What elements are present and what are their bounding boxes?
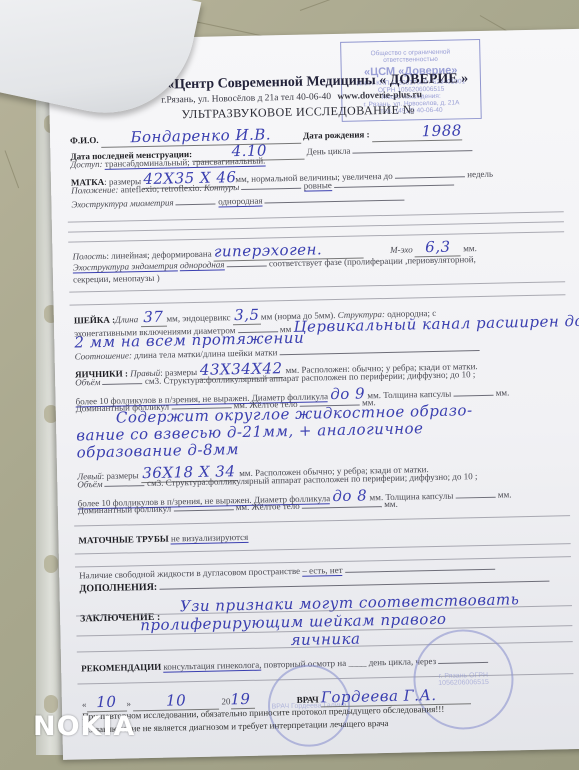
ratio-label: Соотношение: [75, 350, 132, 361]
dominant-follicle-label: Доминантный фолликул [78, 504, 172, 516]
date-year-suffix: 19 [230, 690, 254, 709]
punch-hole [44, 555, 58, 573]
form-rule [68, 221, 564, 232]
m-echo-label: М-эхо [390, 244, 413, 254]
endometrium-value: однородная [180, 259, 225, 271]
recommendations-header: РЕКОМЕНДАЦИИ [81, 662, 161, 674]
mm-label: мм. [496, 387, 510, 397]
cavity-label: Полость [72, 251, 106, 262]
ratio-text: длина тела матки/длина шейки матки [134, 347, 277, 360]
contour-label: Контуры [204, 182, 240, 193]
access-label: Доступ: [71, 159, 103, 170]
clinic-round-stamp: г. Рязань ОГРН 1056206006515 [412, 628, 514, 730]
myometrium-row: Эхоструктура миометрия однородная [71, 193, 405, 210]
endometrium-label: Эхоструктура эндометрия [73, 260, 178, 273]
capsule-label: мм. Толщина капсулы [367, 389, 451, 401]
phase-row-2: секреции, менопаузы ) [73, 273, 160, 285]
clinic-address: г.Рязань, ул. Новосёлов д 21а тел 40-06-… [161, 92, 331, 106]
cycle-day-label: День цикла [306, 146, 350, 157]
tubes-value: не визуализируются [171, 532, 249, 545]
recommendations-value: консультация гинеколога, [163, 660, 261, 673]
position-label: Положение: [71, 185, 118, 196]
myometrium-label: Эхоструктура миометрия [71, 197, 173, 209]
additions-header: ДОПОЛНЕНИЯ: [79, 582, 157, 595]
left-ovary-volume-label: Объём [77, 479, 102, 490]
date-quote-close: » [126, 698, 131, 708]
contour-value: ровные [304, 180, 332, 192]
ultrasound-form-sheet: Общество с ограниченной ответственностью… [48, 29, 579, 760]
weeks-label: недель [467, 169, 493, 180]
camera-watermark: NOKIA [33, 711, 135, 742]
stamp-line: ответственностью [341, 55, 479, 65]
right-ovary-handwritten-3: образование д-8мм [76, 440, 239, 461]
volume-unit: см3. [147, 478, 164, 488]
form-rule [74, 515, 570, 526]
clinic-website: www.doverie-plus.ru [337, 90, 422, 102]
tubes-header: МАТОЧНЫЕ ТРУБЫ [78, 534, 168, 546]
date-year-prefix: 20 [221, 696, 230, 706]
fluid-value: – есть, нет [302, 565, 342, 577]
fio-label: Ф.И.О. [70, 135, 99, 146]
mm-label: мм. [384, 499, 398, 509]
yellow-body-label: мм. Жёлтое тело [236, 501, 300, 512]
right-ovary-volume-label: Объём [75, 377, 100, 388]
tubes-row: МАТОЧНЫЕ ТРУБЫ не визуализируются [78, 532, 248, 546]
volume-unit: см3. [145, 376, 162, 386]
position-options: anteflexio; retroflexio. [121, 183, 202, 195]
recommendations-text: повторный осмотр на ____ день цикла, чер… [264, 656, 437, 670]
mm-label: мм. [498, 489, 512, 499]
date-day: 10 [86, 693, 126, 713]
form-rule [75, 543, 571, 554]
form-rule [68, 211, 564, 222]
doctor-label: ВРАЧ [297, 694, 319, 704]
mm-label: мм. [463, 243, 477, 253]
myometrium-value: однородная [218, 196, 263, 208]
fluid-text: Наличие свободной жидкости в дугласовом … [79, 566, 300, 581]
